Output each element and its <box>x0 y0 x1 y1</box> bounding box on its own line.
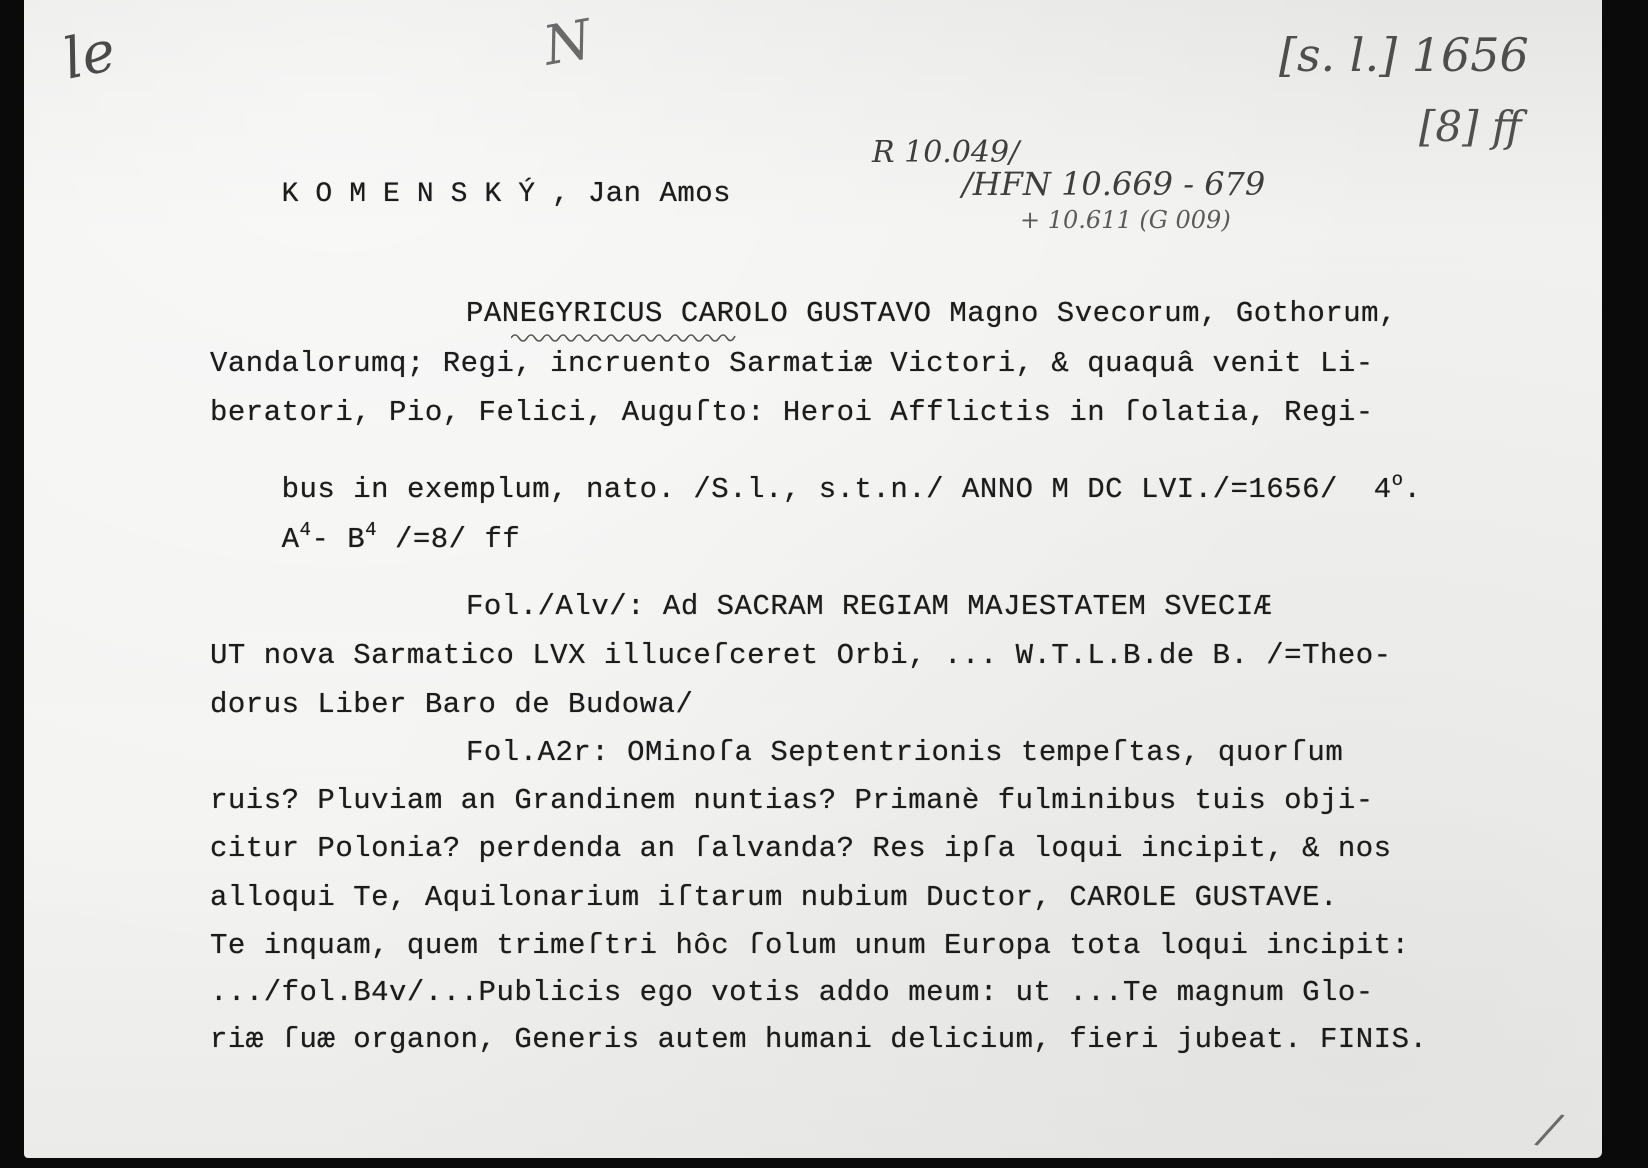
incipit-line-3: dorus Liber Baro de Budowa/ <box>210 690 693 719</box>
catalog-card: le N [s. l.] 1656 [8] ff R 10.049/ /HFN … <box>24 0 1602 1158</box>
incipit-line-4: Fol.A2r: OMinoſa Septentrionis tempeſtas… <box>466 738 1343 767</box>
incipit-line-10: riæ ſuæ organon, Generis autem humani de… <box>210 1025 1427 1054</box>
imprint-end: . <box>1404 473 1422 506</box>
wavy-underline <box>511 330 741 342</box>
incipit-line-5: ruis? Pluviam an Grandinem nuntias? Prim… <box>210 786 1374 815</box>
handwritten-bottom-right-mark: / <box>1537 1107 1563 1153</box>
format-degree: o <box>1392 469 1404 491</box>
incipit-line-1: Fol./Alv/: Ad SACRAM REGIAM MAJESTATEM S… <box>466 592 1272 621</box>
handwritten-top-left-mark: le <box>59 23 121 88</box>
incipit-line-7: alloqui Te, Aquilonarium iſtarum nubium … <box>210 883 1338 912</box>
collation-a-sup: 4 <box>300 519 312 541</box>
handwritten-shelfmark-1: R 10.049/ <box>872 138 1019 168</box>
incipit-line-8: Te inquam, quem trimeſtri hôc ſolum unum… <box>210 931 1410 960</box>
incipit-line-6: citur Polonia? perdenda an ſalvanda? Res… <box>210 834 1392 863</box>
title-line-2: Vandalorumq; Regi, incruento Sarmatiæ Vi… <box>210 349 1374 378</box>
author-given-name: , Jan Amos <box>552 177 731 210</box>
title-line-1: PANEGYRICUS CAROLO GUSTAVO Magno Svecoru… <box>466 299 1397 328</box>
handwritten-shelfmark-2: /HFN 10.669 - 679 <box>962 168 1265 200</box>
handwritten-top-center-mark: N <box>540 12 596 73</box>
author-surname: KOMENSKÝ <box>282 179 552 210</box>
collation-mid: - B <box>311 523 365 556</box>
collation-b-sup: 4 <box>365 519 377 541</box>
handwritten-leaves-note: [8] ff <box>1419 106 1522 148</box>
author-heading: KOMENSKÝ, Jan Amos <box>210 150 731 238</box>
collation-a: A <box>282 523 300 556</box>
handwritten-shelfmark-3: + 10.611 (G 009) <box>1020 208 1231 232</box>
incipit-line-2: UT nova Sarmatico LVX illuceſceret Orbi,… <box>210 641 1392 670</box>
collation-end: /=8/ ff <box>377 523 520 556</box>
incipit-line-9: .../fol.B4v/...Publicis ego votis addo m… <box>210 978 1374 1007</box>
title-line-3: beratori, Pio, Felici, Auguſto: Heroi Af… <box>210 398 1374 427</box>
handwritten-imprint-note: [s. l.] 1656 <box>1279 32 1529 78</box>
collation-line: A4- B4 /=8/ ff <box>210 496 520 583</box>
